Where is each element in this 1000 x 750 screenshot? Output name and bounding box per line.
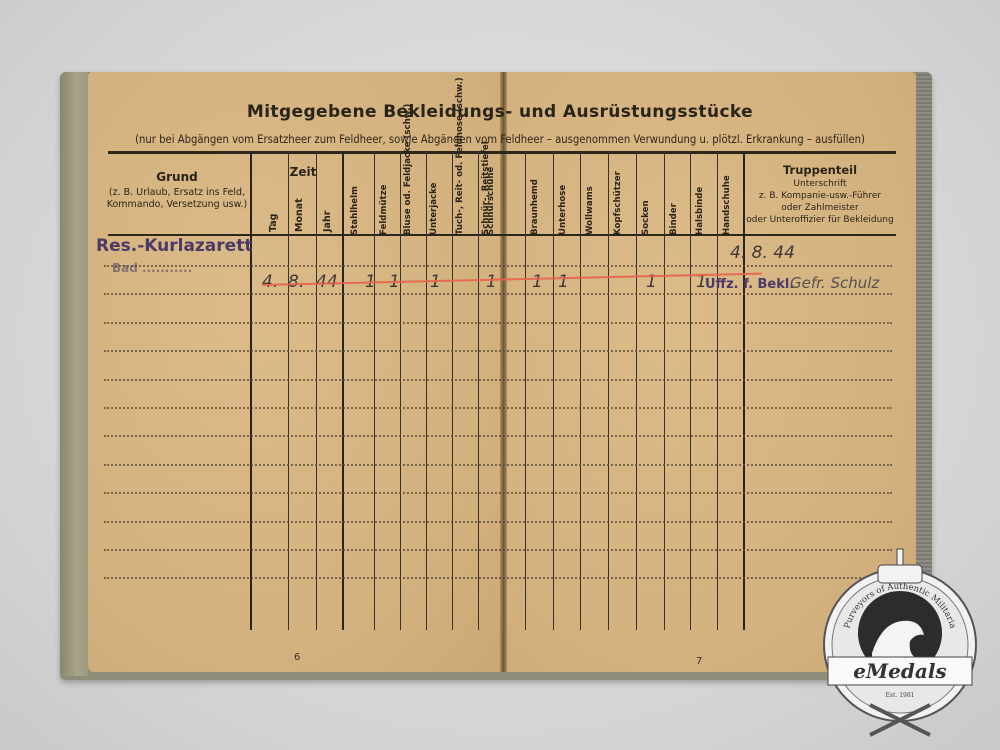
header-item: Halsbinde <box>696 187 705 235</box>
page-number-right: 7 <box>696 656 702 667</box>
page-left <box>88 72 502 672</box>
header-top-rule <box>108 151 896 154</box>
dotted-row-line <box>104 407 892 409</box>
truppenteil-date: 4. 8. 44 <box>730 243 795 263</box>
header-zeit: Zeit <box>258 165 348 179</box>
dotted-row-line <box>104 577 892 579</box>
entry-tag: 4. <box>262 272 278 292</box>
header-item: Tuch-, Reit- od. Feldhose (schw.) <box>456 77 465 235</box>
column-line <box>288 152 289 630</box>
truppenteil-line-1: Unterschrift <box>793 179 846 189</box>
document-title: Mitgegebene Bekleidungs- und Ausrüstungs… <box>100 102 900 122</box>
header-item: Schnürschuhe <box>487 167 496 235</box>
stamp-location: Bad ........... <box>112 261 192 275</box>
column-line <box>717 152 718 630</box>
dotted-row-line <box>104 265 892 267</box>
header-item: Kopfschützer <box>614 171 623 235</box>
entry-monat: 8. <box>288 272 304 292</box>
header-grund-sub: (z. B. Urlaub, Ersatz ins Feld, Kommando… <box>102 187 252 211</box>
signature: Gefr. Schulz <box>790 274 879 292</box>
qty-schnuerschuhe: 1 <box>486 272 497 292</box>
column-line <box>525 152 526 630</box>
qty-unterhose: 1 <box>558 272 569 292</box>
header-item: Unterhose <box>559 185 568 235</box>
header-grund: Grund <box>102 170 252 184</box>
svg-text:eMedals: eMedals <box>853 659 946 683</box>
dotted-row-line <box>104 464 892 466</box>
document-subtitle: (nur bei Abgängen vom Ersatzheer zum Fel… <box>96 133 904 146</box>
dotted-row-line <box>104 293 892 295</box>
column-line <box>636 152 637 630</box>
truppenteil-line-4: oder Unteroffizier für Bekleidung <box>746 215 893 225</box>
book-gutter <box>500 72 507 672</box>
column-line <box>553 152 554 630</box>
header-zeit-monat: Monat <box>295 198 304 232</box>
stamp-lazarett: Res.-Kurlazarett <box>96 236 252 256</box>
column-line <box>316 152 317 630</box>
header-item: Braunhemd <box>531 179 540 235</box>
column-line <box>608 152 609 630</box>
truppenteil-line-2: z. B. Kompanie-usw.-Führer <box>759 191 881 201</box>
column-line <box>426 152 427 630</box>
header-item: Bluse od. Feldjacke (schw.) <box>404 104 413 235</box>
dotted-row-line <box>104 322 892 324</box>
svg-text:Est. 1981: Est. 1981 <box>886 692 915 699</box>
header-item: Binder <box>670 203 679 235</box>
dotted-row-line <box>104 379 892 381</box>
truppenteil-line-3: oder Zahlmeister <box>781 203 858 213</box>
truppenteil-label: Truppenteil <box>783 163 857 177</box>
column-line <box>690 152 691 630</box>
header-zeit-tag: Tag <box>269 214 278 232</box>
stamp-uffz: Uffz. f. Bekl. <box>705 277 794 292</box>
column-line <box>400 152 401 630</box>
header-zeit-jahr: Jahr <box>323 211 332 232</box>
header-item: Feldmütze <box>380 185 389 235</box>
qty-braunhemd: 1 <box>532 272 543 292</box>
header-item: Handschuhe <box>723 175 732 235</box>
header-item: Socken <box>642 200 651 235</box>
dotted-row-line <box>104 492 892 494</box>
column-line <box>250 152 252 630</box>
page-number-left: 6 <box>294 652 300 663</box>
column-line <box>580 152 581 630</box>
cover-edge-left <box>60 72 88 676</box>
header-truppenteil: Truppenteil Unterschrift z. B. Kompanie-… <box>745 164 895 226</box>
header-item: Stahlhelm <box>351 186 360 235</box>
dotted-row-line <box>104 549 892 551</box>
header-item: Wollwams <box>586 186 595 235</box>
column-line <box>342 152 344 630</box>
header-item: Unterjacke <box>430 183 439 235</box>
column-line <box>452 152 453 630</box>
dotted-row-line <box>104 521 892 523</box>
column-line <box>743 152 745 630</box>
column-line <box>478 152 479 630</box>
dotted-row-line <box>104 435 892 437</box>
column-line <box>374 152 375 630</box>
emedals-logo: eMedals Est. 1981 Purveyors of Authentic… <box>820 545 980 745</box>
dotted-row-line <box>104 350 892 352</box>
column-line <box>664 152 665 630</box>
